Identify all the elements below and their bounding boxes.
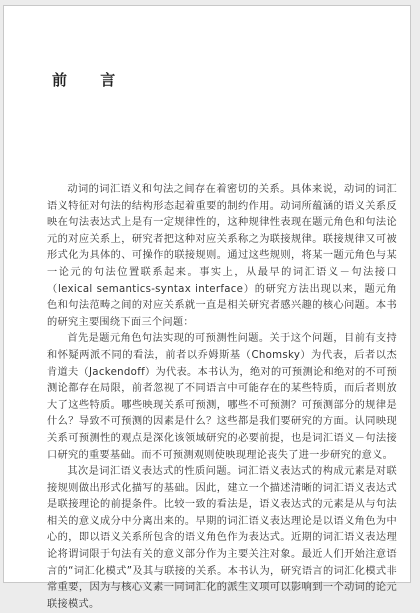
paragraph: 动词的词汇语义和句法之间存在着密切的关系。具体来说，动词的词汇语义特征对句法的结…	[47, 182, 397, 331]
document-body: 动词的词汇语义和句法之间存在着密切的关系。具体来说，动词的词汇语义特征对句法的结…	[47, 182, 397, 590]
document-page: 前 言 动词的词汇语义和句法之间存在着密切的关系。具体来说，动词的词汇语义特征对…	[3, 5, 411, 583]
page-title: 前 言	[52, 69, 129, 90]
paragraph: 其次是词汇语义表达式的性质问题。词汇语义表达式的构成元素是对联接规则做出形式化描…	[47, 464, 397, 590]
paragraph: 首先是题元角色句法实现的可预测性问题。关于这个问题，目前有支持和怀疑两派不同的看…	[47, 331, 397, 464]
